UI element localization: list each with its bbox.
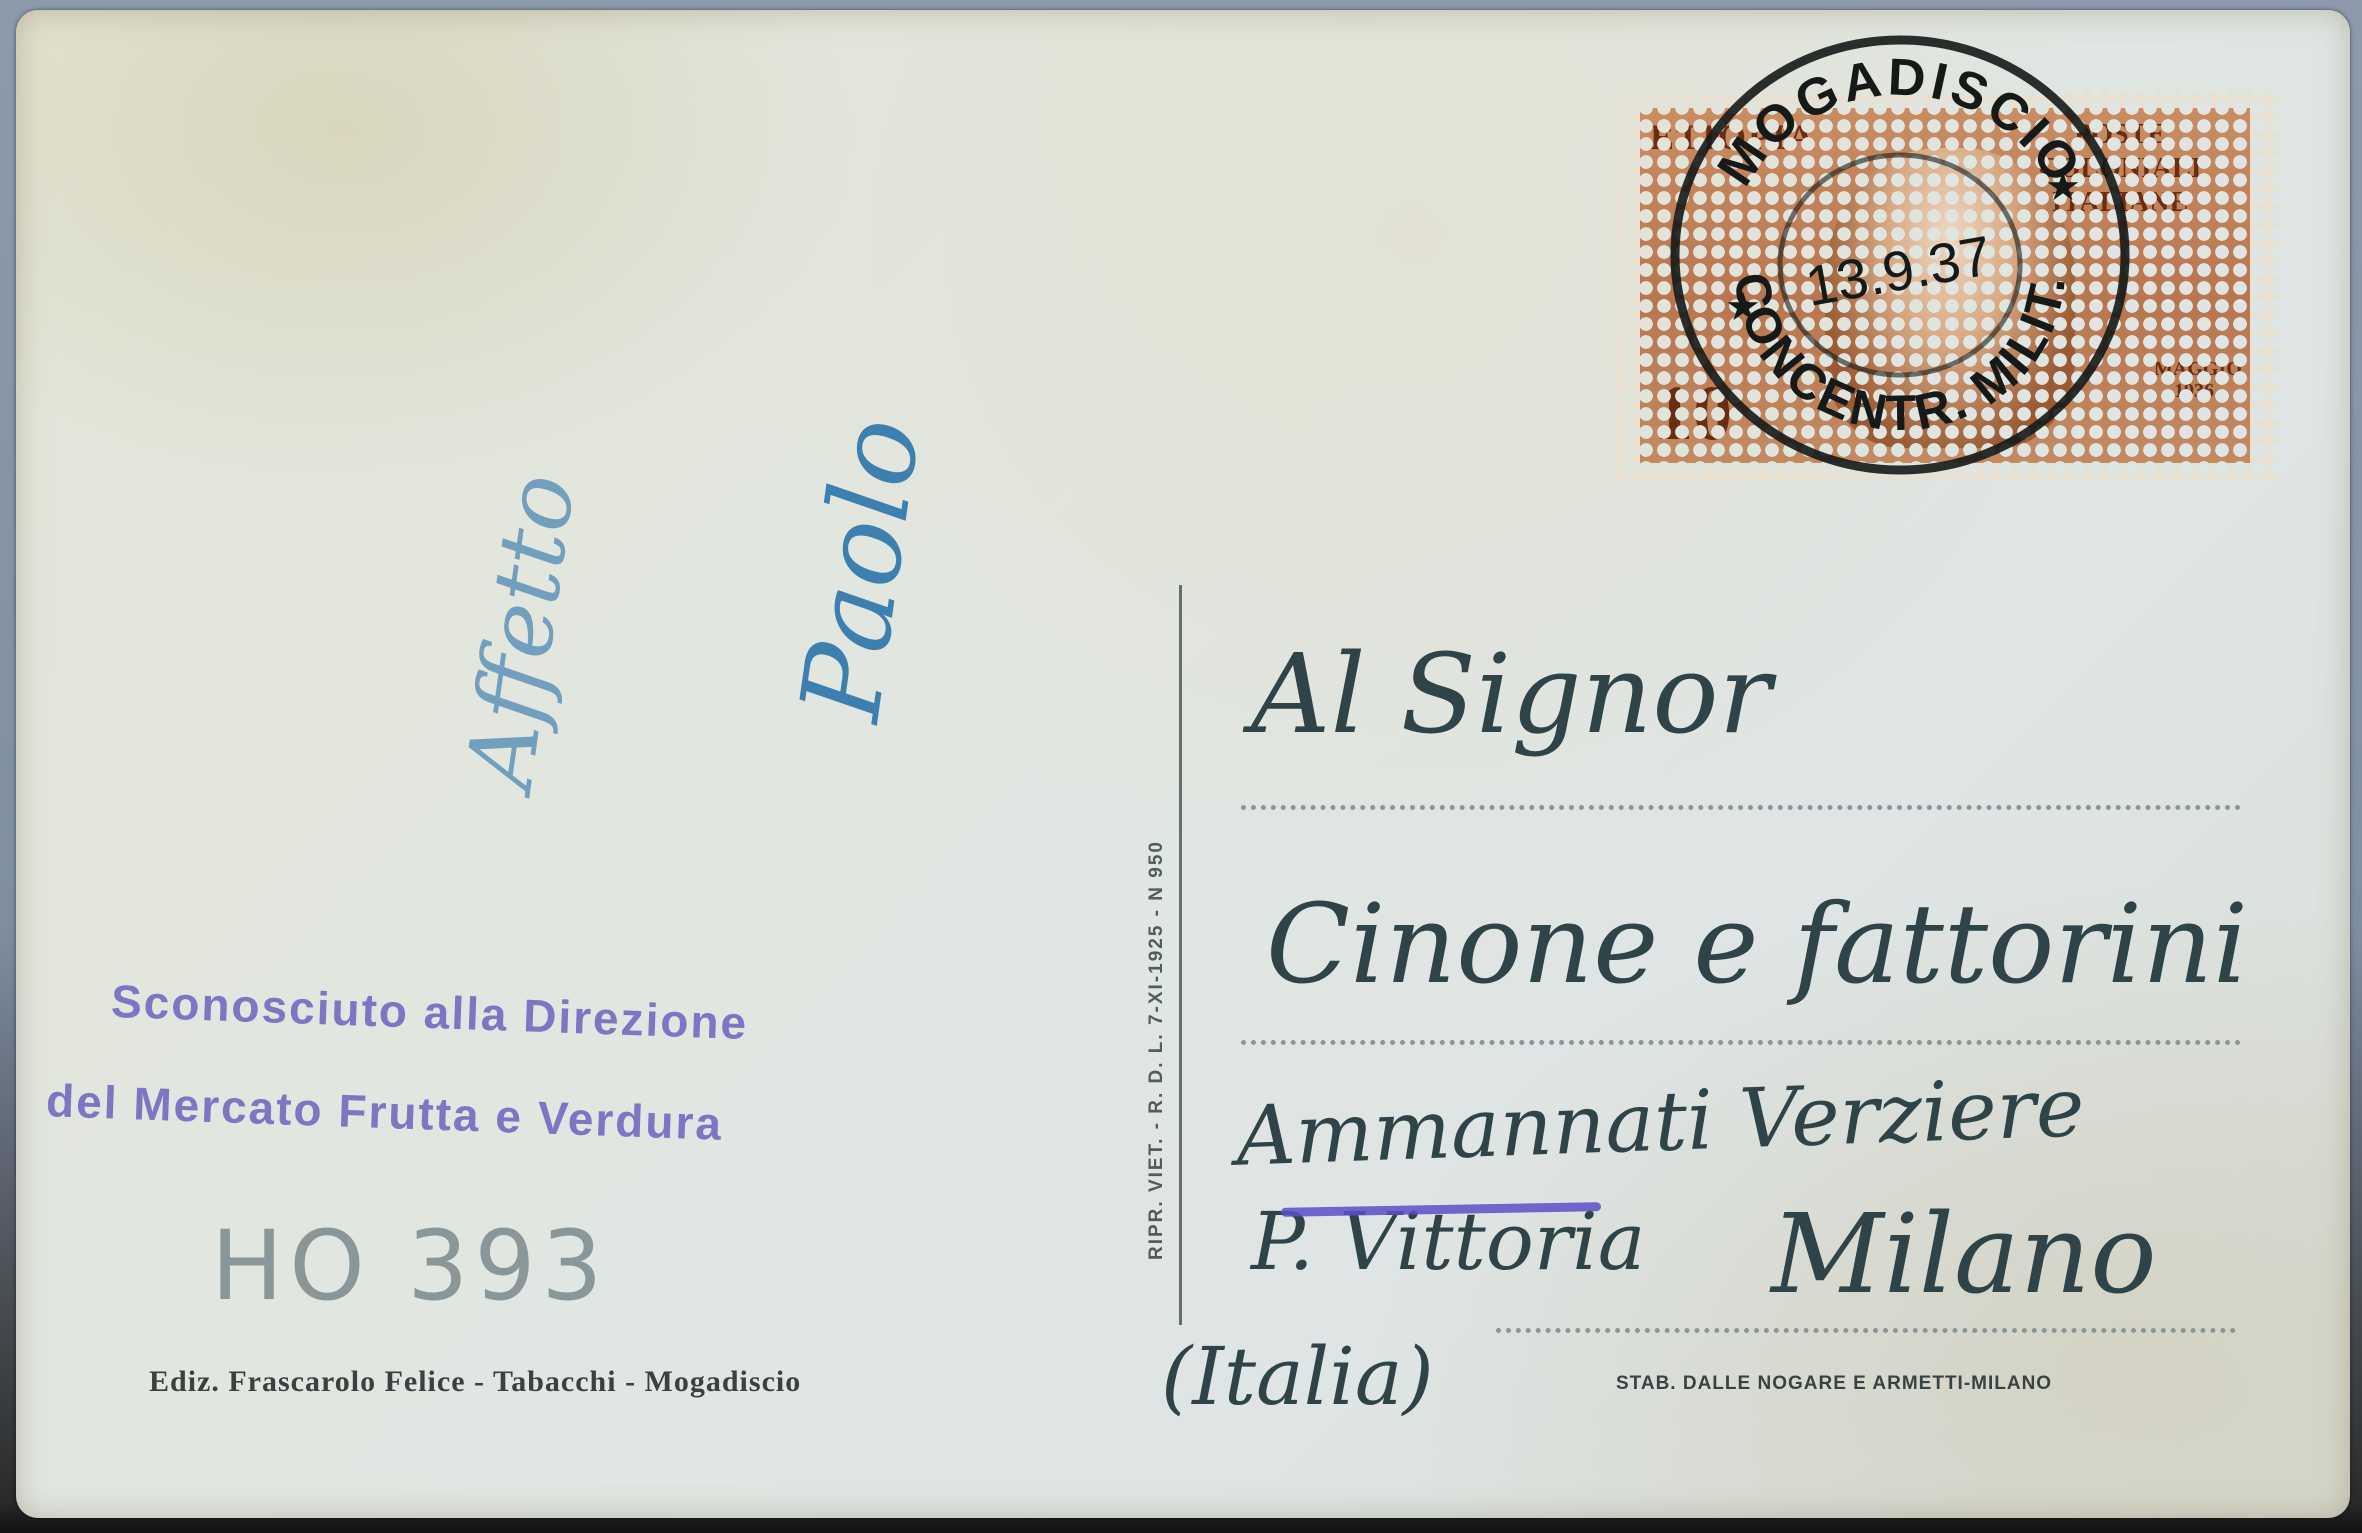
divider-line bbox=[1179, 585, 1182, 1325]
rubber-stamp-line-2: del Mercato Frutta e Verdura bbox=[45, 1073, 724, 1151]
stamp-date-text: MAGGIO 1936 bbox=[2154, 358, 2234, 402]
postmark-cancel: MOGADISCIO CONCENTR. MILIT. 13.9.37 ★ ★ bbox=[1660, 20, 2140, 480]
star-icon: ★ bbox=[1725, 285, 1761, 329]
address-line-6: (Italia) bbox=[1161, 1330, 1434, 1423]
vertical-imprint: RIPR. VIET. - R. D. L. 7-XI-1925 - N 950 bbox=[1146, 840, 1168, 1260]
dotted-address-rule bbox=[1241, 805, 2241, 810]
address-line-3: Ammannati Verziere bbox=[1235, 1060, 2086, 1185]
address-line-2: Cinone e fattorini bbox=[1266, 880, 2248, 1008]
star-icon: ★ bbox=[2045, 165, 2081, 209]
svg-text:MOGADISCIO: MOGADISCIO bbox=[1707, 48, 2094, 195]
handwritten-word-affetto: Affetto bbox=[446, 468, 596, 795]
dotted-address-rule bbox=[1241, 1040, 2241, 1045]
handwritten-signature-paolo: Paolo bbox=[776, 411, 945, 728]
address-line-1: Al Signor bbox=[1251, 630, 1771, 758]
postmark-top-text: MOGADISCIO bbox=[1707, 48, 2094, 195]
printer-imprint: STAB. DALLE NOGARE E ARMETTI-MILANO bbox=[1616, 1373, 2052, 1395]
address-line-5: Milano bbox=[1771, 1190, 2157, 1318]
pencil-catalog-note: HO 393 bbox=[211, 1210, 609, 1322]
publisher-imprint: Ediz. Frascarolo Felice - Tabacchi - Mog… bbox=[149, 1365, 801, 1399]
dotted-address-rule bbox=[1496, 1328, 2236, 1333]
rubber-stamp-line-1: Sconosciuto alla Direzione bbox=[110, 974, 749, 1050]
postmark-date: 13.9.37 bbox=[1801, 223, 1996, 317]
